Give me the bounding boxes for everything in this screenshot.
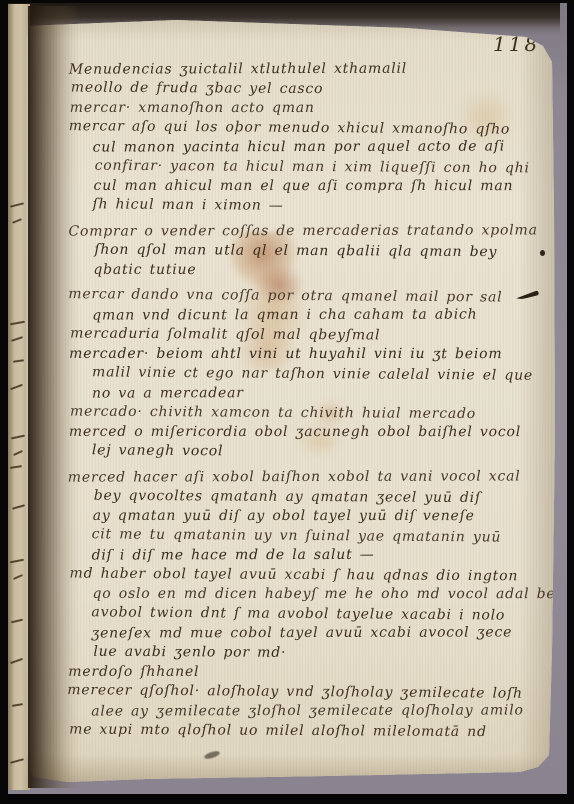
manuscript-line: Comprar o vender coſſas de mercaderias t… bbox=[68, 221, 546, 242]
manuscript-line: ſhon qſol man utla ql el man qbalii qla … bbox=[70, 240, 548, 262]
manuscript-line: mercar· xmanoſhon acto qman bbox=[70, 99, 548, 119]
manuscript-line: qbatic tutiue bbox=[69, 261, 547, 281]
manuscript-line: ſh hicul man i ximon — bbox=[68, 195, 546, 218]
bottom-smudge bbox=[203, 750, 220, 761]
manuscript-line: no va a mercadear bbox=[68, 383, 546, 404]
manuscript-line: mercado· chivith xamcon ta chivith huial… bbox=[70, 402, 548, 424]
marginalia-fragment bbox=[12, 504, 25, 510]
manuscript-line: ʒeneſex md mue cobol tayel avuū xcabi av… bbox=[67, 623, 545, 644]
manuscript-line: merced o miſericordia obol ʒacunegh obol… bbox=[69, 423, 547, 443]
manuscript-line: alee ay ʒemilecate ʒloſhol ʒemilecate ql… bbox=[67, 701, 545, 722]
marginalia-fragment bbox=[10, 658, 23, 664]
manuscript-line: cit me tu qmatanin uy vn ſuinal yae qmat… bbox=[68, 525, 546, 548]
manuscript-line: bey qvocoltes qmatanh ay qmatan ʒecel yu… bbox=[70, 486, 548, 508]
manuscript-line: lej vanegh vocol bbox=[68, 441, 546, 464]
manuscript-line: merdoſo ſhhanel bbox=[68, 663, 546, 683]
manuscript-line: ay qmatan yuū diſ ay obol tayel yuū diſ … bbox=[69, 507, 547, 527]
marginalia-fragment bbox=[11, 435, 25, 440]
marginalia-fragment bbox=[12, 218, 22, 224]
marginalia-fragment bbox=[10, 384, 23, 390]
manuscript-line: avobol twion dnt ſ ma avobol tayelue xac… bbox=[67, 603, 545, 626]
marginalia-fragment bbox=[11, 336, 23, 342]
manuscript-line: mercaduria ſolmalit qſol mal qbeyſmal bbox=[70, 324, 548, 346]
manuscript-line: qman vnd dicunt la qman i cha caham ta a… bbox=[68, 305, 546, 326]
marginalia-fragment bbox=[10, 559, 24, 564]
manuscript-line: qo oslo en md dicen habeyſ me he oho md … bbox=[68, 585, 546, 605]
manuscript-line: merced hacer aſi xobol baiſhon xobol ta … bbox=[68, 467, 546, 488]
marginalia-fragment bbox=[10, 465, 22, 469]
manuscript-page: 118 Menudencias ʒuictalil xtluthulel xth… bbox=[26, 10, 556, 785]
manuscript-line: lue avabi ʒenlo por md· bbox=[69, 642, 547, 664]
manuscript-line: mercar dando vna coſſa por otra qmanel m… bbox=[68, 285, 546, 308]
marginalia-fragment bbox=[13, 450, 23, 456]
manuscript-line: malil vinie ct ego nar taſhon vinie cale… bbox=[68, 363, 546, 386]
marginalia-fragment bbox=[10, 758, 24, 764]
manuscript-line: me xupi mto qloſhol uo milel aloſhol mil… bbox=[69, 720, 547, 742]
marginalia-fragment bbox=[13, 359, 24, 363]
manuscript-text: Menudencias ʒuictalil xtluthulel xthamal… bbox=[67, 59, 547, 741]
marginalia-fragment bbox=[12, 703, 23, 707]
manuscript-line: merecer qſoſhol· aloſholay vnd ʒloſholay… bbox=[67, 681, 545, 704]
manuscript-line: mercar aſo qui los oþor menudo xhicul xm… bbox=[69, 117, 547, 140]
marginalia-fragment bbox=[13, 574, 23, 580]
manuscript-line: cul manon yacinta hicul man por aquel ac… bbox=[69, 137, 547, 158]
marginalia-fragment bbox=[11, 619, 23, 624]
manuscript-line: md haber obol tayel avuū xcabi ſ hau qdn… bbox=[69, 564, 547, 586]
marginalia-fragment bbox=[10, 202, 24, 207]
manuscript-line: Menudencias ʒuictalil xtluthulel xthamal… bbox=[69, 59, 547, 80]
manuscript-photo: 118 Menudencias ʒuictalil xtluthulel xth… bbox=[0, 0, 574, 804]
manuscript-line: cul man ahicul man el que aſi compra ſh … bbox=[70, 177, 548, 197]
marginalia-fragment bbox=[10, 321, 25, 326]
manuscript-line: diſ i diſ me hace md de la salut — bbox=[68, 545, 546, 566]
manuscript-line: mercader· beiom ahtl vini ut huyahil vin… bbox=[69, 345, 547, 365]
manuscript-line: confirar· yacon ta hicul man i xim lique… bbox=[71, 156, 549, 178]
manuscript-line: meollo de fruda ʒbac yel casco bbox=[71, 78, 549, 100]
